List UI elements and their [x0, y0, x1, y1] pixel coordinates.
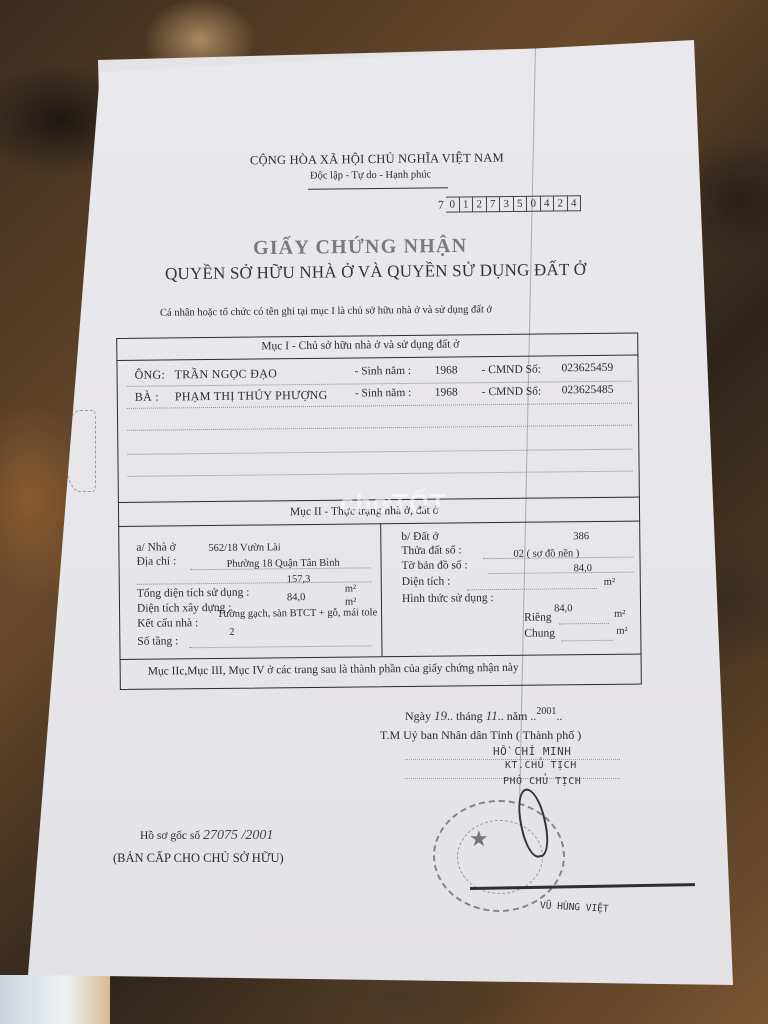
birth-year: 1968 [435, 386, 458, 398]
cert-digit: 3 [500, 196, 514, 212]
dossier-number: Hồ sơ gốc số 27075 /2001 [140, 828, 273, 844]
background-object [0, 975, 110, 1024]
total-area-value: 157,3 [287, 574, 311, 585]
cert-number-lead: 7 [438, 197, 444, 212]
national-title: CỘNG HÒA XÃ HỘI CHỦ NGHĨA VIỆT NAM [250, 151, 504, 169]
star-icon: ★ [469, 826, 489, 852]
id-number: 023625485 [562, 384, 614, 397]
side-seal-stamp [64, 410, 96, 492]
cert-digit: 0 [527, 196, 541, 212]
cert-digit: 1 [459, 196, 473, 212]
cert-digit: 4 [567, 195, 581, 211]
city-stamp: HỒ CHÍ MINH [493, 745, 571, 758]
issue-date: Ngày 19.. tháng 11.. năm ..2001.. [405, 708, 562, 724]
copy-note: (BẢN CẤP CHO CHỦ SỞ HỮU) [113, 851, 284, 866]
cert-digit: 2 [554, 195, 568, 211]
floors-value: 2 [229, 627, 234, 638]
issue-month: 11 [486, 708, 498, 723]
address-line2: Phường 18 Quận Tân Bình [227, 558, 340, 570]
motto: Độc lập - Tự do - Hạnh phúc [310, 169, 431, 181]
role-stamp-2: PHÓ CHỦ TỊCH [503, 776, 581, 787]
owner-name: PHẠM THỊ THÚY PHƯỢNG [175, 388, 328, 405]
parcel-value: 386 [573, 531, 589, 542]
id-number: 023625459 [561, 362, 613, 375]
cert-digit: 7 [486, 196, 500, 212]
role-stamp-1: KT.CHỦ TỊCH [505, 760, 577, 771]
birth-year: 1968 [434, 364, 457, 376]
built-area-value: 84,0 [287, 592, 305, 603]
issuing-committee: T.M Uỷ ban Nhân dân Tỉnh ( Thành phố ) [380, 728, 581, 743]
land-area-value: 84,0 [574, 563, 592, 574]
certificate-number: 7 0 1 2 7 3 5 0 4 2 4 [438, 195, 581, 212]
section1-heading: Mục I - Chủ sở hữu nhà ở và sử dụng đất … [261, 338, 459, 352]
map-sheet-value: 02 ( sơ đồ nền ) [513, 548, 579, 560]
cert-digit: 0 [446, 197, 460, 213]
issue-year: 2001 [536, 706, 556, 717]
structure-value: Tường gạch, sàn BTCT + gỗ, mái tole [217, 607, 377, 620]
address-line1: 562/18 Vườn Lài [208, 542, 280, 554]
watermark: chợTỐT [340, 488, 447, 519]
issue-day: 19 [434, 708, 447, 723]
private-area-value: 84,0 [554, 603, 572, 614]
cert-digit: 2 [473, 196, 487, 212]
official-seal: ★ [433, 800, 565, 912]
owner-name: TRẦN NGỌC ĐẠO [174, 366, 277, 382]
cert-digit: 4 [540, 196, 554, 212]
cert-digit: 5 [513, 196, 527, 212]
dossier-value: 27075 /2001 [203, 828, 273, 843]
document-title: GIẤY CHỨNG NHẬN [253, 235, 468, 260]
